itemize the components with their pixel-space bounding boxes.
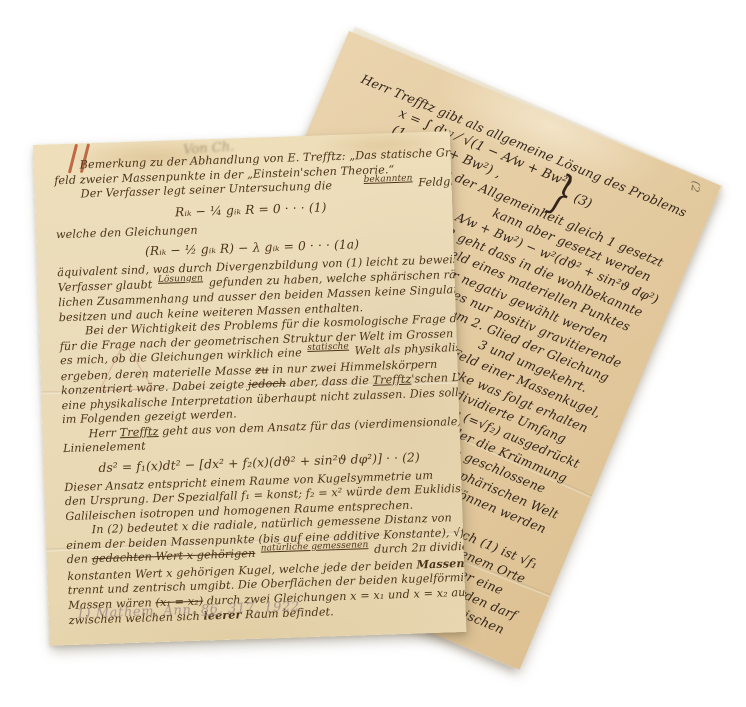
manuscript-photo: Herr Trefftz gibt als allgemeine Lösung … — [0, 0, 746, 707]
manuscript-page-1: Von Ch. Bemerkung zu der Abhandlung von … — [33, 131, 466, 646]
page-number: (2 — [688, 180, 703, 193]
page-1-text: Bemerkung zu der Abhandlung von E. Treff… — [33, 131, 466, 629]
